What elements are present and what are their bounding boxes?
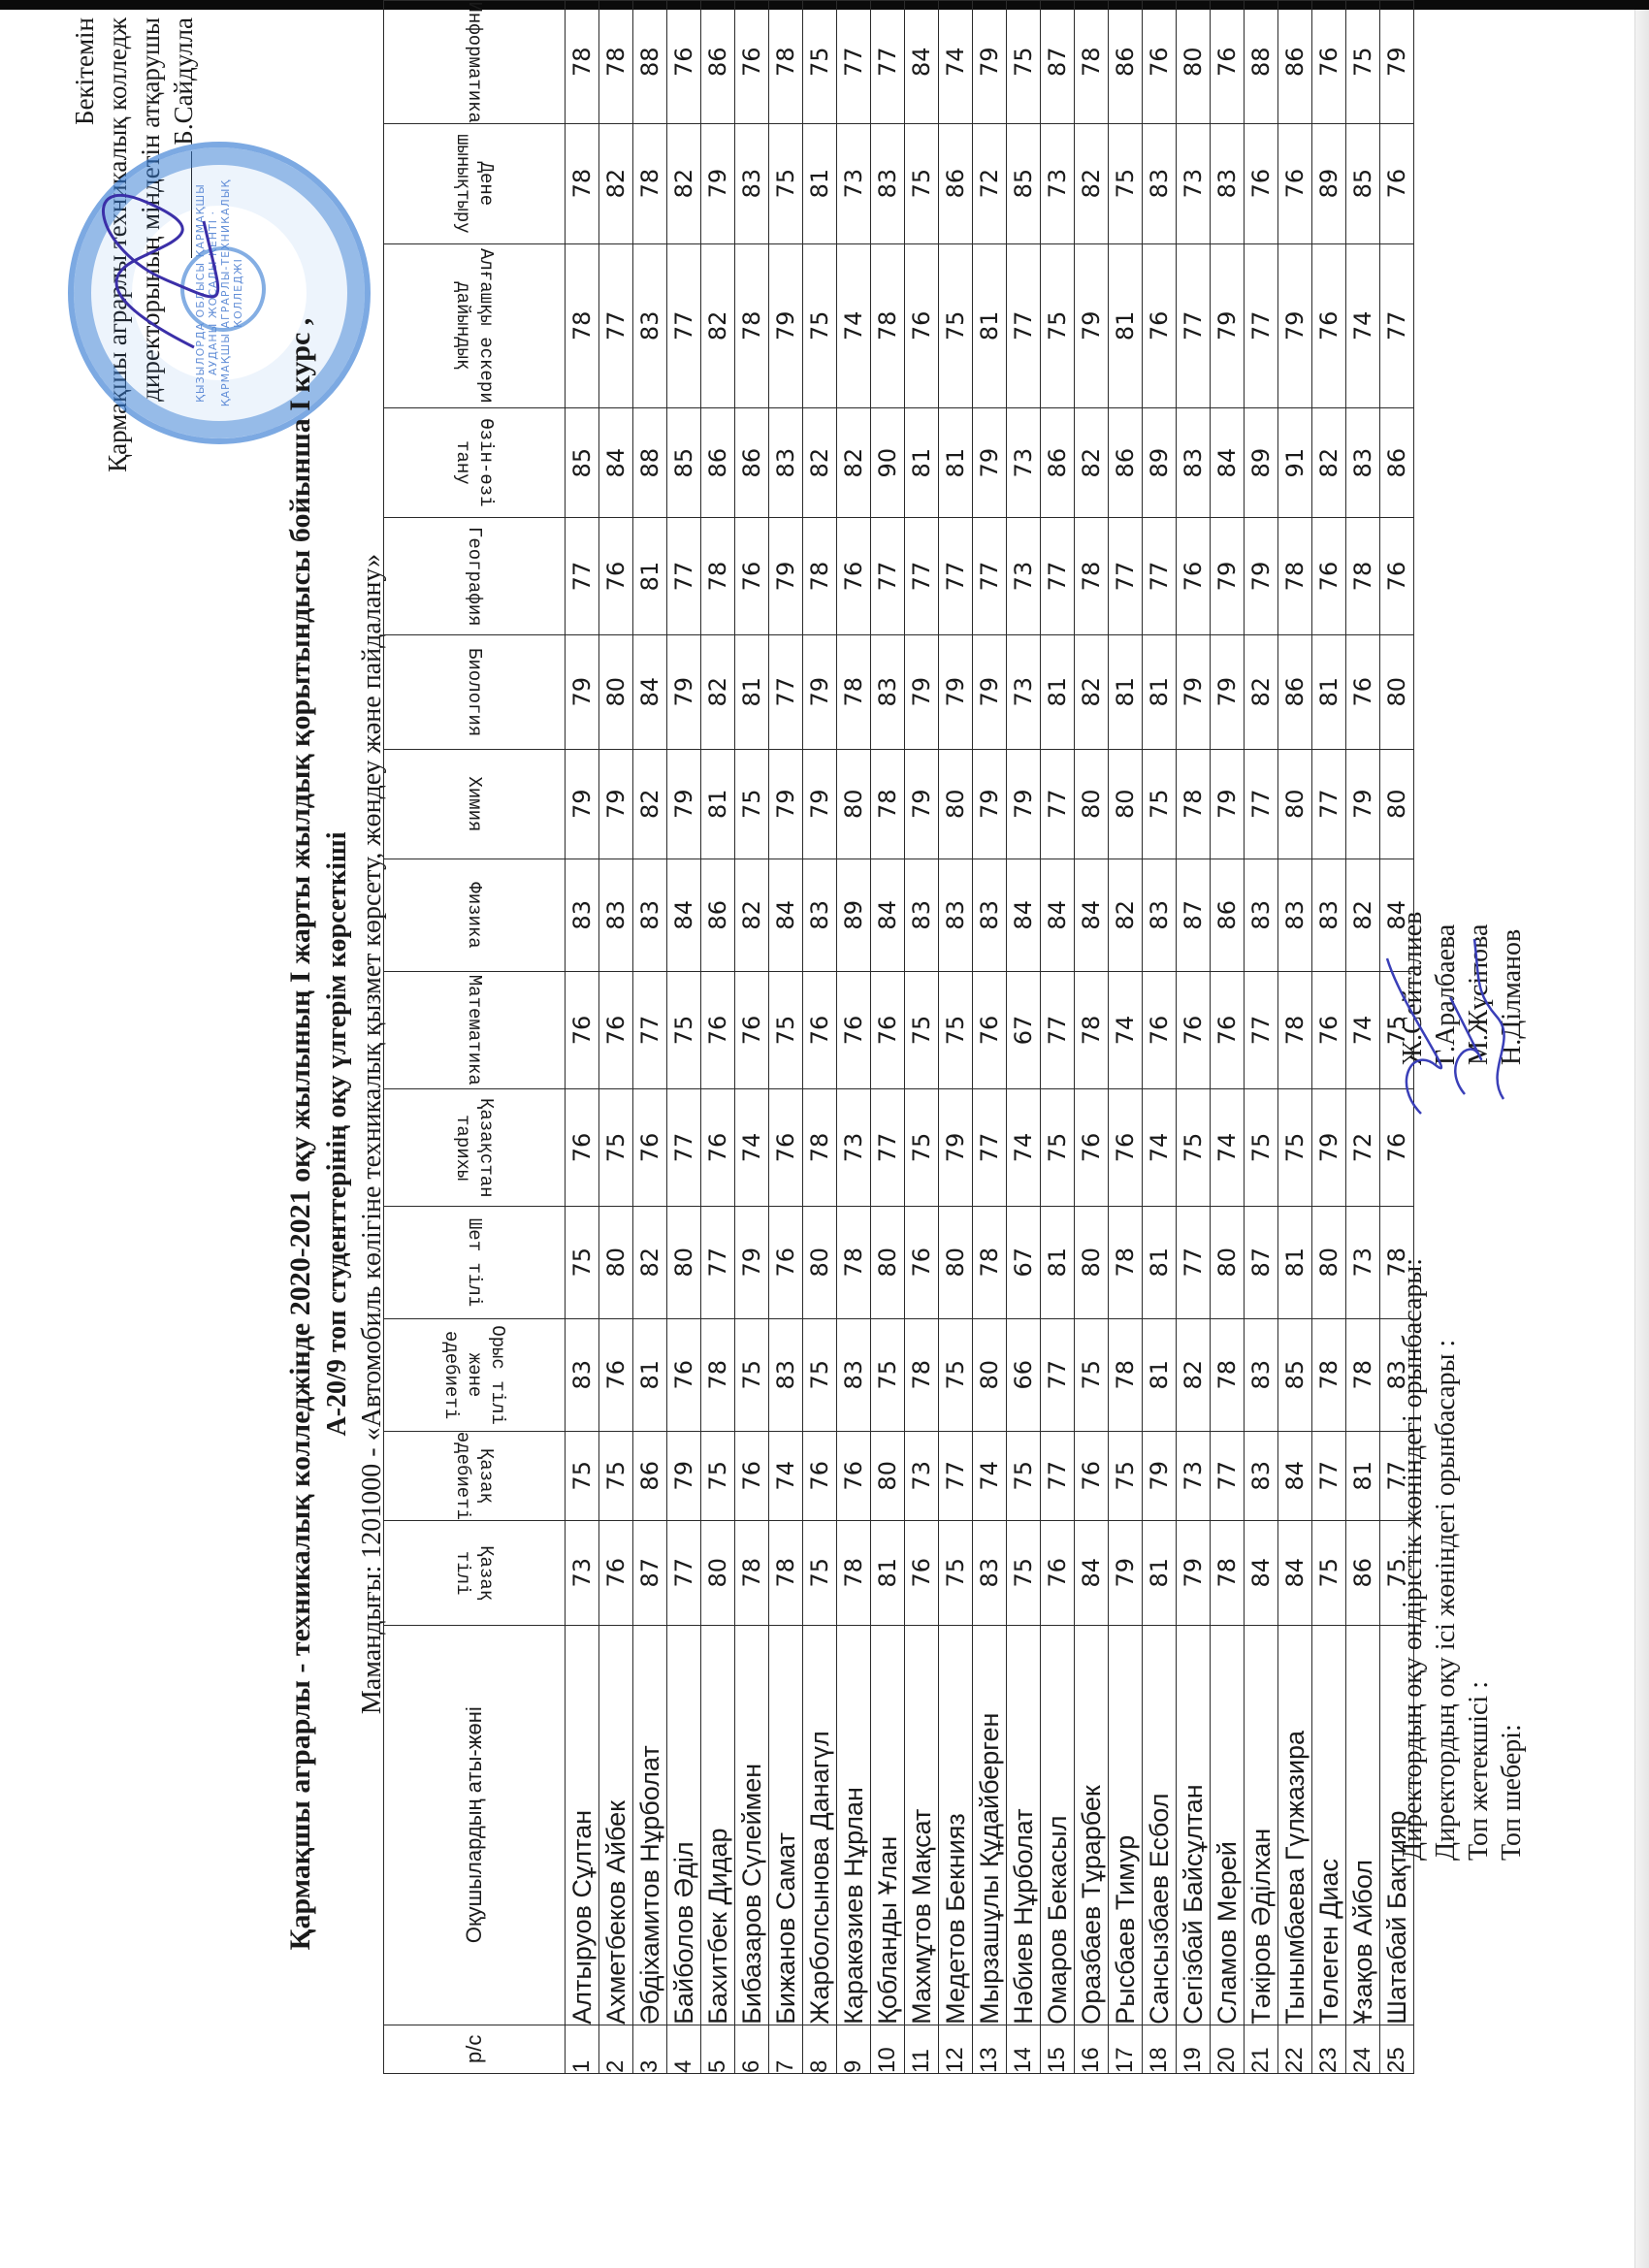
grade-cell: 73 (1041, 123, 1075, 243)
grade-cell: 84 (1278, 1431, 1312, 1520)
grade-cell: 80 (871, 1431, 905, 1520)
grade-cell: 67 (1007, 1206, 1041, 1318)
grade-cell: 78 (566, 243, 599, 407)
grade-cell: 76 (1041, 1520, 1075, 1625)
grade-cell: 73 (1007, 518, 1041, 635)
grade-cell: 80 (1312, 1206, 1346, 1318)
grade-cell: 77 (1211, 1431, 1245, 1520)
grade-cell: 81 (735, 634, 769, 749)
grade-cell: 86 (1109, 408, 1143, 518)
grade-cell: 76 (701, 1089, 735, 1207)
grade-cell: 77 (1041, 1318, 1075, 1431)
signature-role: Топ жетекшісі : (1463, 1065, 1496, 1861)
table-row: 1Алтыруов Сұлтан737583757676837979778578… (566, 1, 599, 2074)
grade-cell: 82 (599, 123, 633, 243)
grade-cell: 84 (871, 859, 905, 971)
grade-cell: 80 (667, 1206, 701, 1318)
student-name: Мырзашұлы Құдайберген (973, 1625, 1007, 2025)
grade-cell: 76 (735, 971, 769, 1088)
student-name: Оразбаев Тұрарбек (1075, 1625, 1109, 2025)
grade-cell: 76 (566, 1089, 599, 1207)
student-name: Ұзақов Айбол (1346, 1625, 1380, 2025)
grade-cell: 78 (837, 1206, 871, 1318)
grade-cell: 76 (837, 518, 871, 635)
grade-cell: 76 (905, 243, 939, 407)
grade-cell: 75 (1075, 1318, 1109, 1431)
header-subject: Информатика (384, 1, 566, 124)
grade-cell: 78 (633, 123, 667, 243)
grade-cell: 74 (1346, 243, 1380, 407)
grade-cell: 76 (871, 971, 905, 1088)
grade-cell: 78 (701, 1318, 735, 1431)
grade-cell: 79 (1109, 1520, 1143, 1625)
grade-cell: 84 (667, 859, 701, 971)
student-name: Рысбаев Тимур (1109, 1625, 1143, 2025)
grade-cell: 81 (905, 408, 939, 518)
header-subject: Орыс тілі және әдебиеті (384, 1318, 566, 1431)
grade-cell: 78 (566, 1, 599, 124)
header-subject: Алғашқы әскери дайындық (384, 243, 566, 407)
student-name: Тәкіров Әділхан (1245, 1625, 1278, 2025)
grade-cell: 78 (1346, 1318, 1380, 1431)
grade-cell: 78 (769, 1520, 803, 1625)
grade-cell: 82 (1075, 634, 1109, 749)
grade-cell: 74 (837, 243, 871, 407)
grade-cell: 83 (939, 859, 973, 971)
table-row: 9Каракөзиев Нұрлан7876837873768980787682… (837, 1, 871, 2074)
grade-cell: 82 (1177, 1318, 1211, 1431)
grade-cell: 83 (973, 859, 1007, 971)
grade-cell: 77 (1177, 243, 1211, 407)
row-number: 8 (803, 2025, 837, 2073)
grade-cell: 83 (599, 859, 633, 971)
student-name: Тынымбаева Гүлжазира (1278, 1625, 1312, 2025)
grade-cell: 75 (566, 1431, 599, 1520)
grade-cell: 79 (1177, 1520, 1211, 1625)
grade-cell: 66 (1007, 1318, 1041, 1431)
grade-cell: 75 (1109, 1431, 1143, 1520)
grade-cell: 76 (701, 971, 735, 1088)
grade-cell: 86 (1278, 634, 1312, 749)
grade-cell: 72 (973, 123, 1007, 243)
grade-cell: 86 (1109, 1, 1143, 124)
grade-cell: 79 (1245, 518, 1278, 635)
grade-cell: 83 (769, 1318, 803, 1431)
grade-cell: 79 (1346, 749, 1380, 859)
header-subject: Дене шынықтыру (384, 123, 566, 243)
grade-cell: 79 (803, 634, 837, 749)
grade-cell: 81 (803, 123, 837, 243)
grade-cell: 78 (871, 243, 905, 407)
table-row: 24Ұзақов Айбол86817873727482797678837485… (1346, 1, 1380, 2074)
grade-cell: 86 (735, 408, 769, 518)
grade-cell: 75 (803, 243, 837, 407)
grade-cell: 76 (566, 971, 599, 1088)
grade-cell: 76 (735, 1, 769, 124)
grade-cell: 83 (871, 634, 905, 749)
grade-cell: 78 (735, 243, 769, 407)
grade-cell: 82 (1312, 408, 1346, 518)
grade-cell: 75 (735, 749, 769, 859)
grade-cell: 80 (1109, 749, 1143, 859)
grade-cell: 76 (803, 971, 837, 1088)
header-subject: География (384, 518, 566, 635)
grade-cell: 79 (1211, 749, 1245, 859)
grade-cell: 79 (1211, 518, 1245, 635)
grade-cell: 75 (1007, 1431, 1041, 1520)
document-sheet: Бекітемін Қармақшы аграрлы техникалық ко… (0, 0, 1649, 2268)
student-name: Каракөзиев Нұрлан (837, 1625, 871, 2025)
grade-cell: 79 (803, 749, 837, 859)
grade-cell: 76 (667, 1318, 701, 1431)
table-row: 18Сансызбаев Есбол8179818174768375817789… (1143, 1, 1177, 2074)
title-main: Қармақшы аграрлы - техникалық колледжінд… (281, 0, 320, 2268)
grade-cell: 82 (633, 1206, 667, 1318)
grade-cell: 75 (1312, 1520, 1346, 1625)
grade-cell: 76 (599, 1520, 633, 1625)
grade-cell: 88 (633, 408, 667, 518)
grade-cell: 72 (1346, 1089, 1380, 1207)
grade-cell: 79 (1211, 243, 1245, 407)
grade-cell: 79 (769, 243, 803, 407)
row-number: 10 (871, 2025, 905, 2073)
grade-cell: 79 (1380, 1, 1414, 124)
grade-cell: 77 (667, 518, 701, 635)
grade-cell: 81 (973, 243, 1007, 407)
grade-cell: 76 (1211, 971, 1245, 1088)
grade-cell: 80 (1278, 749, 1312, 859)
grade-cell: 75 (667, 971, 701, 1088)
grade-cell: 81 (1143, 1206, 1177, 1318)
grade-cell: 74 (1211, 1089, 1245, 1207)
student-name: Омаров Бекасыл (1041, 1625, 1075, 2025)
row-number: 24 (1346, 2025, 1380, 2073)
grade-cell: 83 (566, 859, 599, 971)
grade-cell: 75 (1007, 1, 1041, 124)
grade-cell: 79 (1211, 634, 1245, 749)
grade-cell: 77 (633, 971, 667, 1088)
grade-cell: 80 (1075, 749, 1109, 859)
grade-cell: 78 (1075, 518, 1109, 635)
grade-cell: 76 (1380, 123, 1414, 243)
grade-cell: 75 (1109, 123, 1143, 243)
grade-cell: 76 (1075, 1431, 1109, 1520)
grade-cell: 84 (633, 634, 667, 749)
table-header-row: р/с Оқушылардың аты-жөні Қазақ тіліҚазақ… (384, 1, 566, 2074)
grade-cell: 78 (1346, 518, 1380, 635)
grade-cell: 77 (1109, 518, 1143, 635)
grade-cell: 81 (1041, 634, 1075, 749)
header-subject: Химия (384, 749, 566, 859)
grade-cell: 80 (1075, 1206, 1109, 1318)
grade-cell: 80 (1211, 1206, 1245, 1318)
grade-cell: 83 (837, 1318, 871, 1431)
grade-cell: 78 (1278, 971, 1312, 1088)
grade-cell: 75 (905, 1089, 939, 1207)
grade-cell: 77 (1312, 749, 1346, 859)
grade-cell: 82 (633, 749, 667, 859)
row-number: 2 (599, 2025, 633, 2073)
grade-cell: 89 (1312, 123, 1346, 243)
row-number: 1 (566, 2025, 599, 2073)
grade-cell: 77 (1041, 518, 1075, 635)
grade-cell: 83 (735, 123, 769, 243)
grade-cell: 83 (633, 243, 667, 407)
grade-cell: 77 (1312, 1431, 1346, 1520)
grade-cell: 79 (973, 1, 1007, 124)
table-row: 6Бибазаров Сүлеймен787675797476827581768… (735, 1, 769, 2074)
student-name: Сламов Мерей (1211, 1625, 1245, 2025)
grade-cell: 80 (1177, 1, 1211, 124)
grade-cell: 91 (1278, 408, 1312, 518)
grade-cell: 79 (1312, 1089, 1346, 1207)
grade-cell: 81 (633, 1318, 667, 1431)
grade-cell: 75 (701, 1431, 735, 1520)
header-subject: Физика (384, 859, 566, 971)
grade-cell: 76 (973, 971, 1007, 1088)
table-row: 19Сегізбай Байсұлтан79738277757687787976… (1177, 1, 1211, 2074)
grade-cell: 74 (973, 1431, 1007, 1520)
grade-cell: 87 (1177, 859, 1211, 971)
signature-row: Директордың оқу өндірістік жөніндегі оры… (1397, 502, 1430, 1861)
table-row: 22Тынымбаева Гүлжазира848485817578838086… (1278, 1, 1312, 2074)
grade-cell: 79 (701, 123, 735, 243)
grade-cell: 76 (1143, 971, 1177, 1088)
grade-cell: 80 (837, 749, 871, 859)
grade-cell: 73 (1346, 1206, 1380, 1318)
header-subject: Шет тілі (384, 1206, 566, 1318)
grade-cell: 77 (599, 243, 633, 407)
director-signature-icon (78, 173, 233, 367)
grade-cell: 83 (1278, 859, 1312, 971)
grade-cell: 75 (939, 243, 973, 407)
grade-cell: 85 (1346, 123, 1380, 243)
grade-cell: 83 (1245, 859, 1278, 971)
grade-cell: 81 (1143, 1520, 1177, 1625)
grade-cell: 77 (871, 1089, 905, 1207)
row-number: 21 (1245, 2025, 1278, 2073)
grade-cell: 78 (1312, 1318, 1346, 1431)
grade-cell: 76 (769, 1089, 803, 1207)
row-number: 18 (1143, 2025, 1177, 2073)
grade-cell: 76 (905, 1206, 939, 1318)
header-subject: Биология (384, 634, 566, 749)
row-number: 22 (1278, 2025, 1312, 2073)
grade-cell: 88 (1245, 1, 1278, 124)
grade-cell: 75 (1346, 1, 1380, 124)
grade-cell: 83 (973, 1520, 1007, 1625)
grade-cell: 77 (1245, 749, 1278, 859)
grade-cell: 75 (1278, 1089, 1312, 1207)
grade-cell: 78 (837, 634, 871, 749)
grade-cell: 80 (599, 1206, 633, 1318)
grade-cell: 79 (1075, 243, 1109, 407)
grade-cell: 80 (599, 634, 633, 749)
grade-cell: 86 (701, 1, 735, 124)
grade-cell: 83 (803, 859, 837, 971)
table-row: 11Махмұтов Мақсат76737876757583797977817… (905, 1, 939, 2074)
grade-cell: 78 (769, 1, 803, 124)
table-row: 17Рысбаев Тимур7975787876748280817786817… (1109, 1, 1143, 2074)
grade-cell: 76 (1312, 243, 1346, 407)
student-name: Сегізбай Байсұлтан (1177, 1625, 1211, 2025)
grade-cell: 75 (1177, 1089, 1211, 1207)
grade-cell: 77 (1041, 971, 1075, 1088)
grade-cell: 84 (1211, 408, 1245, 518)
row-number: 7 (769, 2025, 803, 2073)
grade-cell: 81 (939, 408, 973, 518)
grade-cell: 75 (566, 1206, 599, 1318)
grade-cell: 87 (1041, 1, 1075, 124)
grade-cell: 86 (1211, 859, 1245, 971)
grade-cell: 78 (973, 1206, 1007, 1318)
grade-cell: 76 (837, 1431, 871, 1520)
signatures-ink-icon (1382, 929, 1547, 1123)
grade-cell: 75 (599, 1431, 633, 1520)
row-number: 14 (1007, 2025, 1041, 2073)
table-row: 5Бахитбек Дидар8075787776768681827886827… (701, 1, 735, 2074)
grade-cell: 78 (599, 1, 633, 124)
grade-cell: 79 (905, 749, 939, 859)
grade-cell: 83 (1143, 859, 1177, 971)
grade-cell: 76 (1177, 518, 1211, 635)
grade-cell: 77 (701, 1206, 735, 1318)
table-row: 14Нәбиев Нұрболат75756667746784797373737… (1007, 1, 1041, 2074)
student-name: Алтыруов Сұлтан (566, 1625, 599, 2025)
grade-cell: 78 (701, 518, 735, 635)
header-subject: Қазақ тілі (384, 1520, 566, 1625)
student-name: Махмұтов Мақсат (905, 1625, 939, 2025)
row-number: 9 (837, 2025, 871, 2073)
grade-cell: 83 (566, 1318, 599, 1431)
grade-cell: 82 (735, 859, 769, 971)
grade-cell: 81 (701, 749, 735, 859)
grade-cell: 77 (939, 518, 973, 635)
grade-cell: 76 (667, 1, 701, 124)
row-number: 3 (633, 2025, 667, 2073)
grade-cell: 82 (803, 408, 837, 518)
table-row: 20Сламов Мерей78777880747686797979847983… (1211, 1, 1245, 2074)
grade-cell: 78 (1109, 1318, 1143, 1431)
grade-cell: 89 (1245, 408, 1278, 518)
grade-cell: 73 (1007, 408, 1041, 518)
grade-cell: 77 (1177, 1206, 1211, 1318)
grade-cell: 75 (1041, 243, 1075, 407)
grade-cell: 78 (1075, 971, 1109, 1088)
student-name: Бибазаров Сүлеймен (735, 1625, 769, 2025)
grade-cell: 79 (566, 749, 599, 859)
grades-table: р/с Оқушылардың аты-жөні Қазақ тіліҚазақ… (383, 0, 1414, 2074)
grade-cell: 77 (905, 518, 939, 635)
grade-cell: 79 (939, 1089, 973, 1207)
grade-cell: 76 (599, 1318, 633, 1431)
grade-cell: 77 (871, 1, 905, 124)
signature-block: Директордың оқу өндірістік жөніндегі оры… (1397, 502, 1529, 1861)
grade-cell: 75 (1007, 1520, 1041, 1625)
grade-cell: 77 (1143, 518, 1177, 635)
grade-cell: 84 (905, 1, 939, 124)
grade-cell: 82 (1245, 634, 1278, 749)
grade-cell: 74 (735, 1089, 769, 1207)
grade-cell: 79 (667, 1431, 701, 1520)
grade-cell: 80 (973, 1318, 1007, 1431)
grade-cell: 89 (1143, 408, 1177, 518)
grade-cell: 83 (871, 123, 905, 243)
grade-cell: 77 (973, 1089, 1007, 1207)
grade-cell: 76 (1075, 1089, 1109, 1207)
grade-cell: 78 (803, 1089, 837, 1207)
grade-cell: 73 (1007, 634, 1041, 749)
grade-cell: 78 (566, 123, 599, 243)
student-name: Нәбиев Нұрболат (1007, 1625, 1041, 2025)
grade-cell: 86 (701, 859, 735, 971)
signature-role: Топ шебері: (1496, 1065, 1529, 1861)
grade-cell: 81 (1109, 634, 1143, 749)
approval-signer: Б.Сайдулла (169, 17, 198, 146)
grade-cell: 84 (1278, 1520, 1312, 1625)
row-number: 15 (1041, 2025, 1075, 2073)
grade-cell: 77 (566, 518, 599, 635)
grade-cell: 83 (1177, 408, 1211, 518)
grade-cell: 75 (769, 123, 803, 243)
table-row: 10Қобланды Ұлан8180758077768478837790788… (871, 1, 905, 2074)
grade-cell: 78 (1075, 1, 1109, 124)
grade-cell: 81 (1312, 634, 1346, 749)
grade-cell: 83 (633, 859, 667, 971)
grade-cell: 85 (1007, 123, 1041, 243)
grade-cell: 77 (1041, 749, 1075, 859)
row-number: 12 (939, 2025, 973, 2073)
grade-cell: 81 (1143, 634, 1177, 749)
grade-cell: 79 (973, 634, 1007, 749)
grade-cell: 79 (599, 749, 633, 859)
grade-cell: 80 (939, 749, 973, 859)
grade-cell: 75 (1041, 1089, 1075, 1207)
grade-cell: 79 (1143, 1431, 1177, 1520)
grade-cell: 76 (599, 971, 633, 1088)
grade-cell: 84 (1041, 859, 1075, 971)
row-number: 11 (905, 2025, 939, 2073)
student-name: Бахитбек Дидар (701, 1625, 735, 2025)
grade-cell: 76 (1143, 1, 1177, 124)
grade-cell: 75 (871, 1318, 905, 1431)
table-row: 8Жарболсынова Данагүл7576758078768379797… (803, 1, 837, 2074)
grade-cell: 75 (599, 1089, 633, 1207)
grade-cell: 77 (871, 518, 905, 635)
row-number: 25 (1380, 2025, 1414, 2073)
grade-cell: 75 (803, 1318, 837, 1431)
table-row: 7Бижанов Самат78748376767584797779837975… (769, 1, 803, 2074)
grade-cell: 81 (633, 518, 667, 635)
student-name: Жарболсынова Данагүл (803, 1625, 837, 2025)
grade-cell: 81 (1143, 1318, 1177, 1431)
grade-cell: 77 (667, 1520, 701, 1625)
grade-cell: 79 (735, 1206, 769, 1318)
table-row: 15Омаров Бекасыл767777817577847781778675… (1041, 1, 1075, 2074)
grade-cell: 85 (1278, 1318, 1312, 1431)
grade-cell: 77 (769, 634, 803, 749)
grade-cell: 76 (803, 1431, 837, 1520)
grade-cell: 79 (905, 634, 939, 749)
grade-cell: 79 (667, 749, 701, 859)
grade-cell: 74 (1346, 971, 1380, 1088)
grade-cell: 74 (1109, 971, 1143, 1088)
grade-cell: 73 (1177, 1431, 1211, 1520)
grade-cell: 77 (667, 243, 701, 407)
grade-cell: 79 (973, 749, 1007, 859)
grade-cell: 76 (769, 1206, 803, 1318)
grade-cell: 84 (769, 859, 803, 971)
